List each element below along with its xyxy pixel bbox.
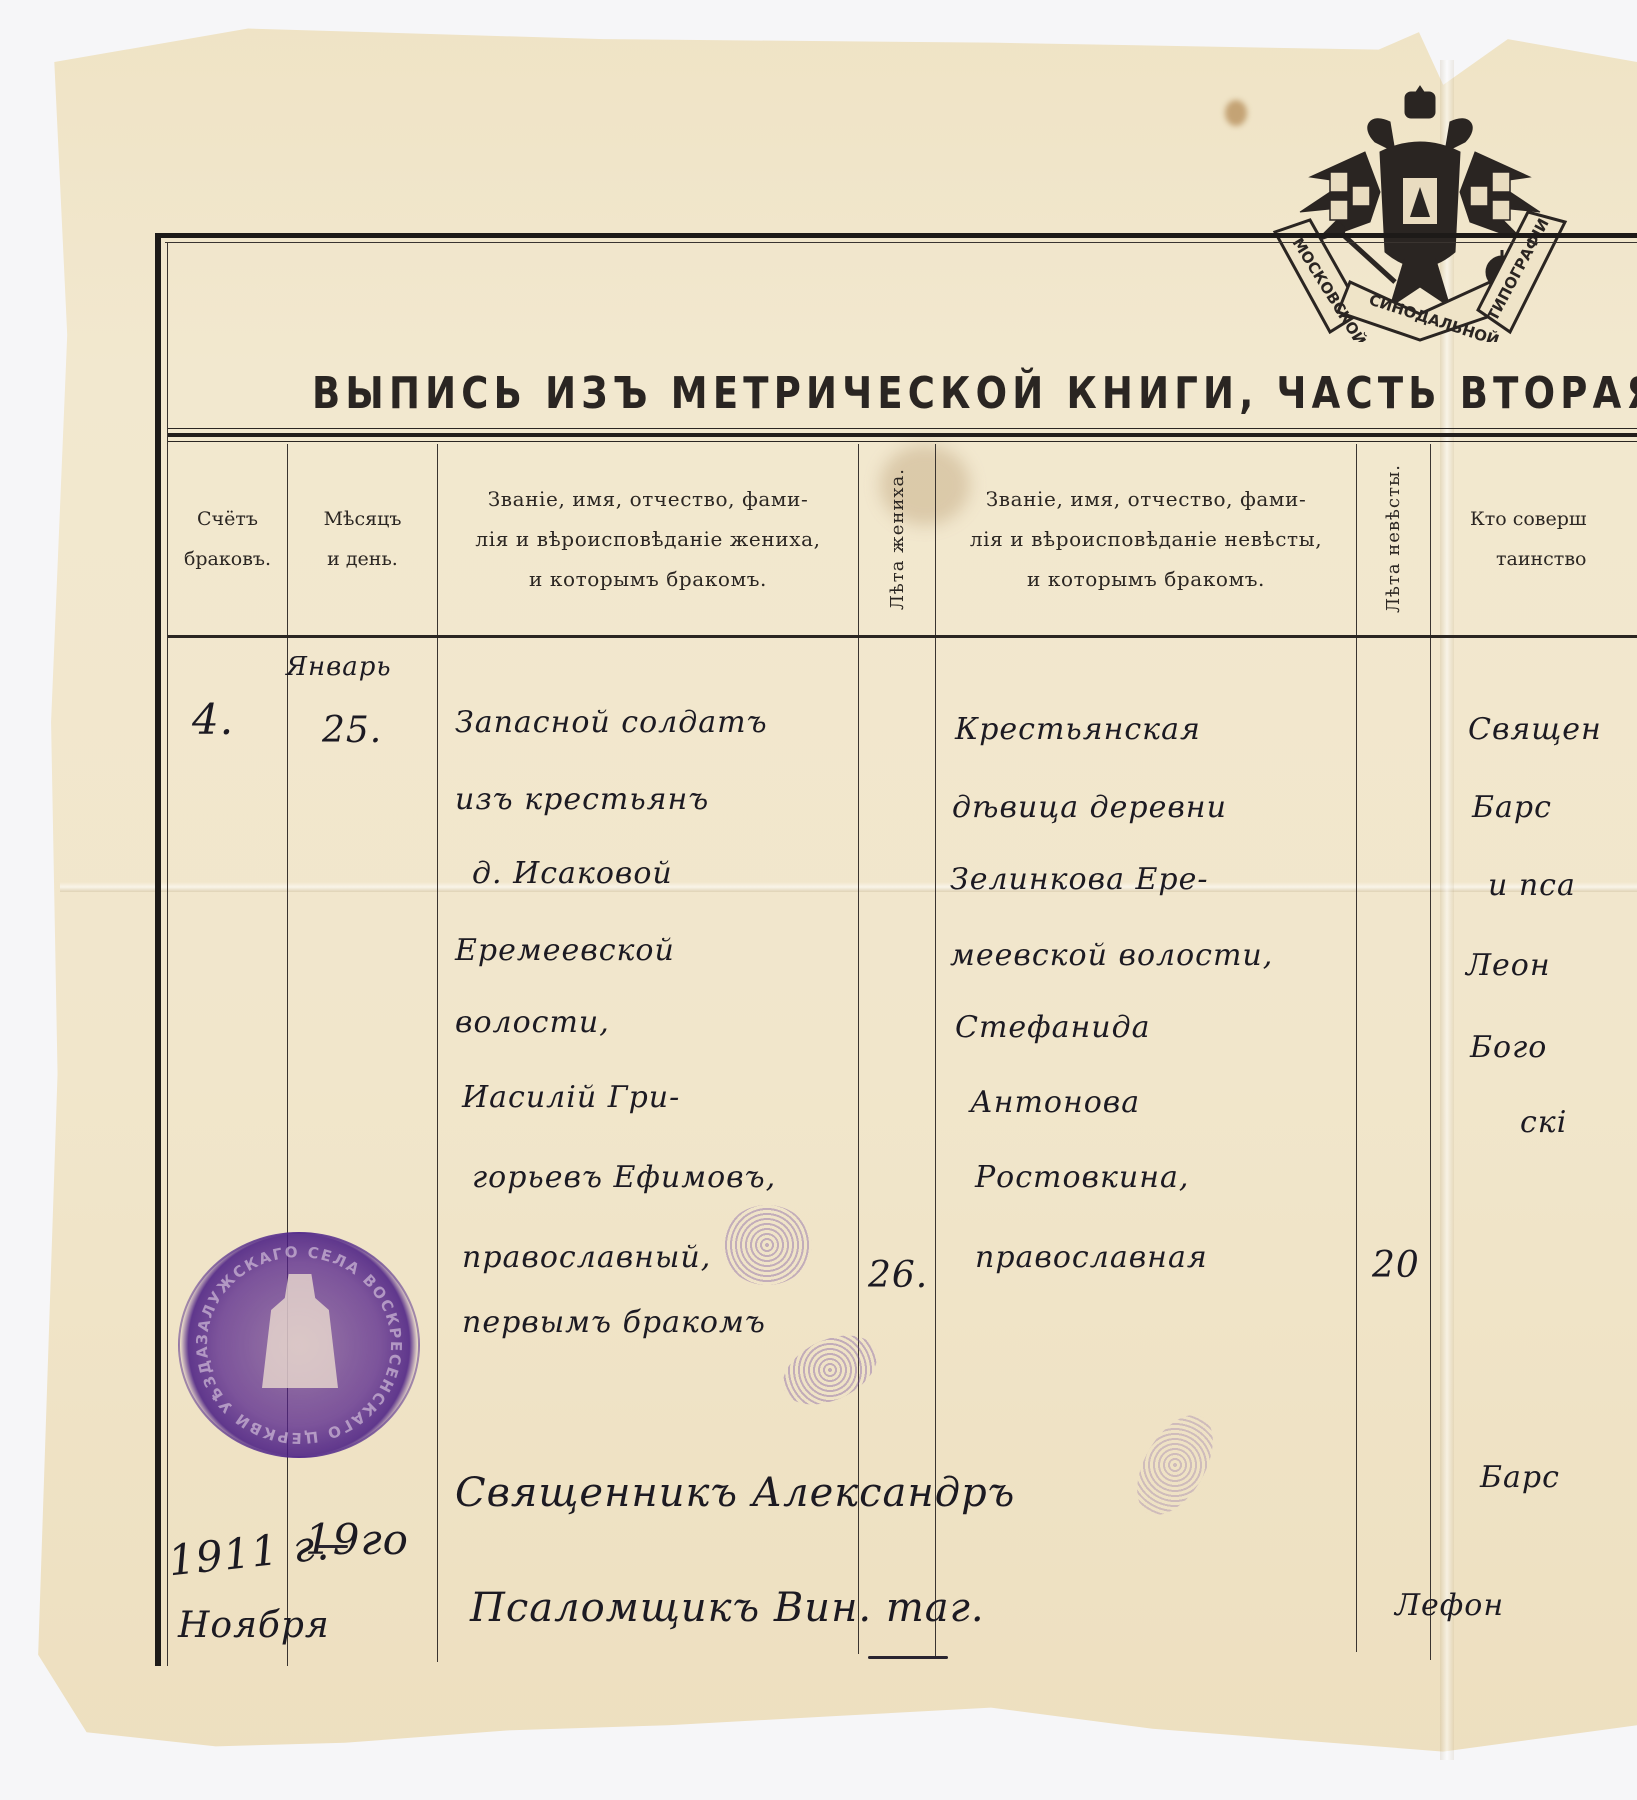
header-line: и которымъ бракомъ. <box>1027 559 1265 599</box>
day-underline <box>318 1545 348 1548</box>
ink-dash <box>868 1656 948 1659</box>
bride-line: дѣвица деревни <box>952 790 1227 825</box>
certification-text-1: Священникъ Александръ <box>455 1470 1015 1516</box>
svg-text:ЗАЛУЖСКАГО СЕЛА ВОСКРЕСЕНСКАГО: ЗАЛУЖСКАГО СЕЛА ВОСКРЕСЕНСКАГО ЦЕРКВИ УѢ… <box>193 1243 405 1447</box>
certification-text-2: Псаломщикъ Вин. таг. <box>470 1585 985 1631</box>
bride-line: Крестьянская <box>955 712 1201 747</box>
groom-line: изъ крестьянъ <box>455 782 709 817</box>
header-groom-age: Лѣта жениха. <box>859 446 935 632</box>
horizontal-fold <box>60 882 1637 892</box>
header-line: Званіе, имя, отчество, фами- <box>986 479 1307 519</box>
header-bride-age: Лѣта невѣсты. <box>1357 446 1430 632</box>
seal-ring-text: ЗАЛУЖСКАГО СЕЛА ВОСКРЕСЕНСКАГО ЦЕРКВИ УѢ… <box>180 1234 418 1456</box>
groom-line: Иасилій Гри- <box>462 1080 680 1115</box>
bride-age: 20 <box>1372 1245 1420 1286</box>
groom-line: первымъ бракомъ <box>462 1305 766 1340</box>
header-line: таинство <box>1470 539 1586 579</box>
bride-line: меевской волости, <box>950 938 1273 973</box>
officiant-line: Бого <box>1470 1030 1547 1065</box>
officiant-line: Леон <box>1466 948 1551 983</box>
bride-line: православная <box>975 1240 1208 1275</box>
header-bottom-rule <box>168 635 1637 638</box>
header-line: браковъ. <box>184 539 271 579</box>
header-line: Счётъ <box>197 499 258 539</box>
officiant-line: скі <box>1520 1105 1567 1140</box>
bride-line: Ростовкина, <box>975 1160 1189 1195</box>
header-line: лія и вѣроисповѣданіе невѣсты, <box>970 519 1322 559</box>
header-vertical-text: Лѣта невѣсты. <box>1383 464 1404 613</box>
ink-fingerprint <box>722 1205 812 1285</box>
officiant-line: и пса <box>1488 868 1576 903</box>
title-rule <box>168 433 1637 437</box>
bride-line: Стефанида <box>955 1010 1151 1045</box>
record-day: 25. <box>322 710 382 751</box>
header-line: Кто соверш <box>1470 499 1587 539</box>
header-officiant: Кто соверш таинство <box>1470 446 1637 632</box>
groom-line: Еремеевской <box>455 933 675 968</box>
record-month: Январь <box>286 652 392 682</box>
certification-month: Ноября <box>178 1605 330 1646</box>
header-groom-details: Званіе, имя, отчество, фами- лія и вѣрои… <box>438 446 858 632</box>
header-line: и день. <box>327 539 398 579</box>
double-headed-eagle-coat-of-arms-icon: МОСКОВСКОЙ СИНОДАЛЬНОЙ ТИПОГРАФІИ <box>1270 82 1570 342</box>
bride-line: Зелинкова Ере- <box>950 862 1208 897</box>
header-marriage-count: Счётъ браковъ. <box>168 446 287 632</box>
bride-line: Антонова <box>970 1085 1140 1120</box>
officiant-line: Барс <box>1472 790 1552 825</box>
groom-line: д. Исаковой <box>472 856 673 891</box>
header-line: Мѣсяцъ <box>324 499 402 539</box>
officiant-line: Священ <box>1468 712 1602 747</box>
header-line: лія и вѣроисповѣданіе жениха, <box>475 519 820 559</box>
frame-top-inner-line <box>165 242 1637 243</box>
groom-age: 26. <box>868 1255 928 1296</box>
header-month-day: Мѣсяцъ и день. <box>288 446 437 632</box>
officiant-continuation: Лефон <box>1395 1588 1504 1623</box>
paper-stain <box>1225 100 1247 126</box>
certification-day: 19го <box>305 1515 409 1564</box>
officiant-continuation: Барс <box>1480 1460 1560 1495</box>
groom-line: горьевъ Ефимовъ, <box>472 1160 776 1195</box>
title-rule <box>168 441 1637 442</box>
groom-line: волости, <box>455 1005 610 1040</box>
header-line: Званіе, имя, отчество, фами- <box>488 479 809 519</box>
column-divider <box>1430 444 1431 1660</box>
title-rule <box>168 428 1637 429</box>
header-vertical-text: Лѣта жениха. <box>887 468 908 610</box>
groom-line: православный, <box>462 1240 711 1275</box>
header-line: и которымъ бракомъ. <box>529 559 767 599</box>
document-title: ВЫПИСЬ ИЗЪ МЕТРИЧЕСКОЙ КНИГИ, ЧАСТЬ ВТОР… <box>312 368 1637 419</box>
church-seal-stamp: ЗАЛУЖСКАГО СЕЛА ВОСКРЕСЕНСКАГО ЦЕРКВИ УѢ… <box>178 1232 420 1458</box>
frame-top-border <box>155 233 1637 238</box>
groom-line: Запасной солдатъ <box>455 705 768 740</box>
frame-left-border <box>155 233 161 1666</box>
record-count: 4. <box>192 695 234 744</box>
header-bride-details: Званіе, имя, отчество, фами- лія и вѣрои… <box>936 446 1356 632</box>
